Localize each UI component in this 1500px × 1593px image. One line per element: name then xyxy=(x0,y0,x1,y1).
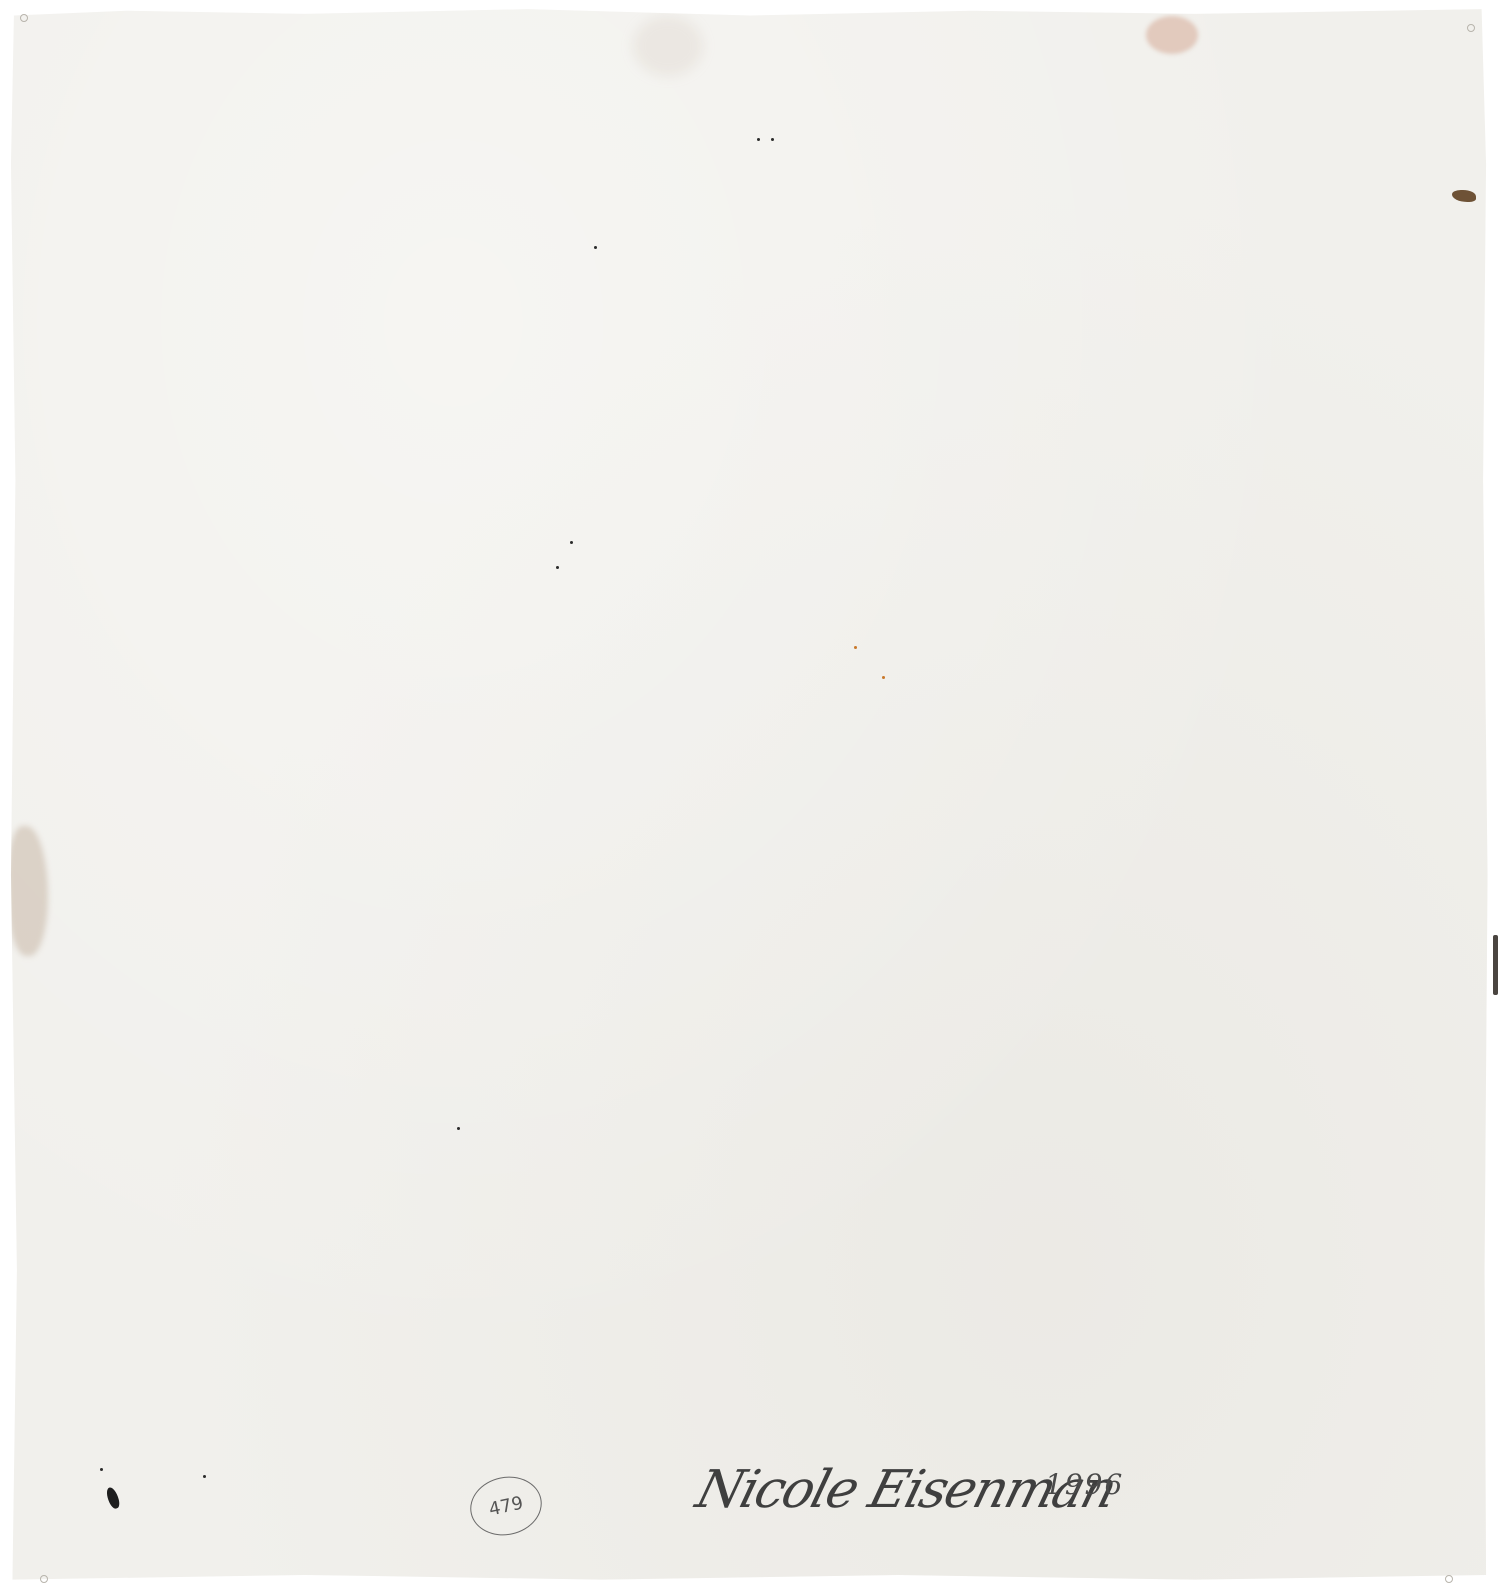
pink-stain xyxy=(1146,16,1198,54)
speck xyxy=(594,246,597,249)
speck xyxy=(203,1475,206,1478)
pinhole-top-left xyxy=(20,14,28,22)
speck xyxy=(757,138,760,141)
pinhole-bottom-left xyxy=(40,1575,48,1583)
pinhole-bottom-right xyxy=(1445,1575,1453,1583)
speck xyxy=(457,1127,460,1130)
edge-stain xyxy=(8,826,48,956)
orange-speck xyxy=(882,676,885,679)
speck xyxy=(771,138,774,141)
edge-mark xyxy=(1493,935,1498,995)
orange-speck xyxy=(854,646,857,649)
date-inscription: 1996 xyxy=(1045,1468,1124,1501)
pinhole-top-right xyxy=(1467,24,1475,32)
speck xyxy=(556,566,559,569)
paper-sheet xyxy=(8,6,1492,1586)
faint-top-stain xyxy=(633,16,703,76)
speck xyxy=(570,541,573,544)
speck xyxy=(100,1468,103,1471)
